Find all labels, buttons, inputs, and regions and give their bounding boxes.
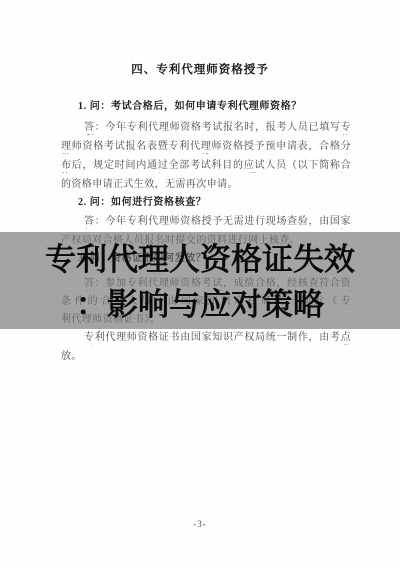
doc-answer-1-line-1: 答：今年专利代理师资格考试报名时，报考人员已填写专利代 [84, 121, 351, 135]
watermark-headline: 专利代理人资格证失效 ：影响与应对策略 [0, 234, 400, 329]
doc-paragraph-4-line-1: 专利代理师资格证书由国家知识产权局统一制作，由考点局发 [84, 331, 351, 345]
doc-section-title: 四、专利代理师资格授予 [0, 64, 400, 77]
doc-paragraph-4-line-2: 放。 [61, 350, 82, 363]
watermark-headline-line-2: ：影响与应对策略 [76, 282, 324, 327]
watermark-headline-line-1: 专利代理人资格证失效 [45, 237, 355, 282]
doc-answer-1-line-2: 理师资格考试报名表暨专利代理师资格授予预申请表，合格分数线公 [61, 140, 351, 154]
scanned-document-page: 四、专利代理师资格授予 1. 问：考试合格后，如何申请专利代理师资格？ 答：今年… [0, 0, 400, 565]
doc-question-1: 1. 问：考试合格后，如何申请专利代理师资格？ [78, 100, 302, 113]
doc-question-2: 2. 问：如何进行资格核查？ [78, 196, 206, 209]
page-number: -3- [0, 519, 400, 529]
doc-answer-1-line-3: 布后，规定时间内通过全部考试科目的应试人员（以下简称合格人员） [61, 159, 351, 173]
doc-answer-2-line-1: 答：今年专利代理师资格授予无需进行现场查验，由国家知识 [84, 215, 351, 229]
doc-answer-1-line-4: 的资格申请正式生效，无需再次申请。 [61, 178, 238, 191]
